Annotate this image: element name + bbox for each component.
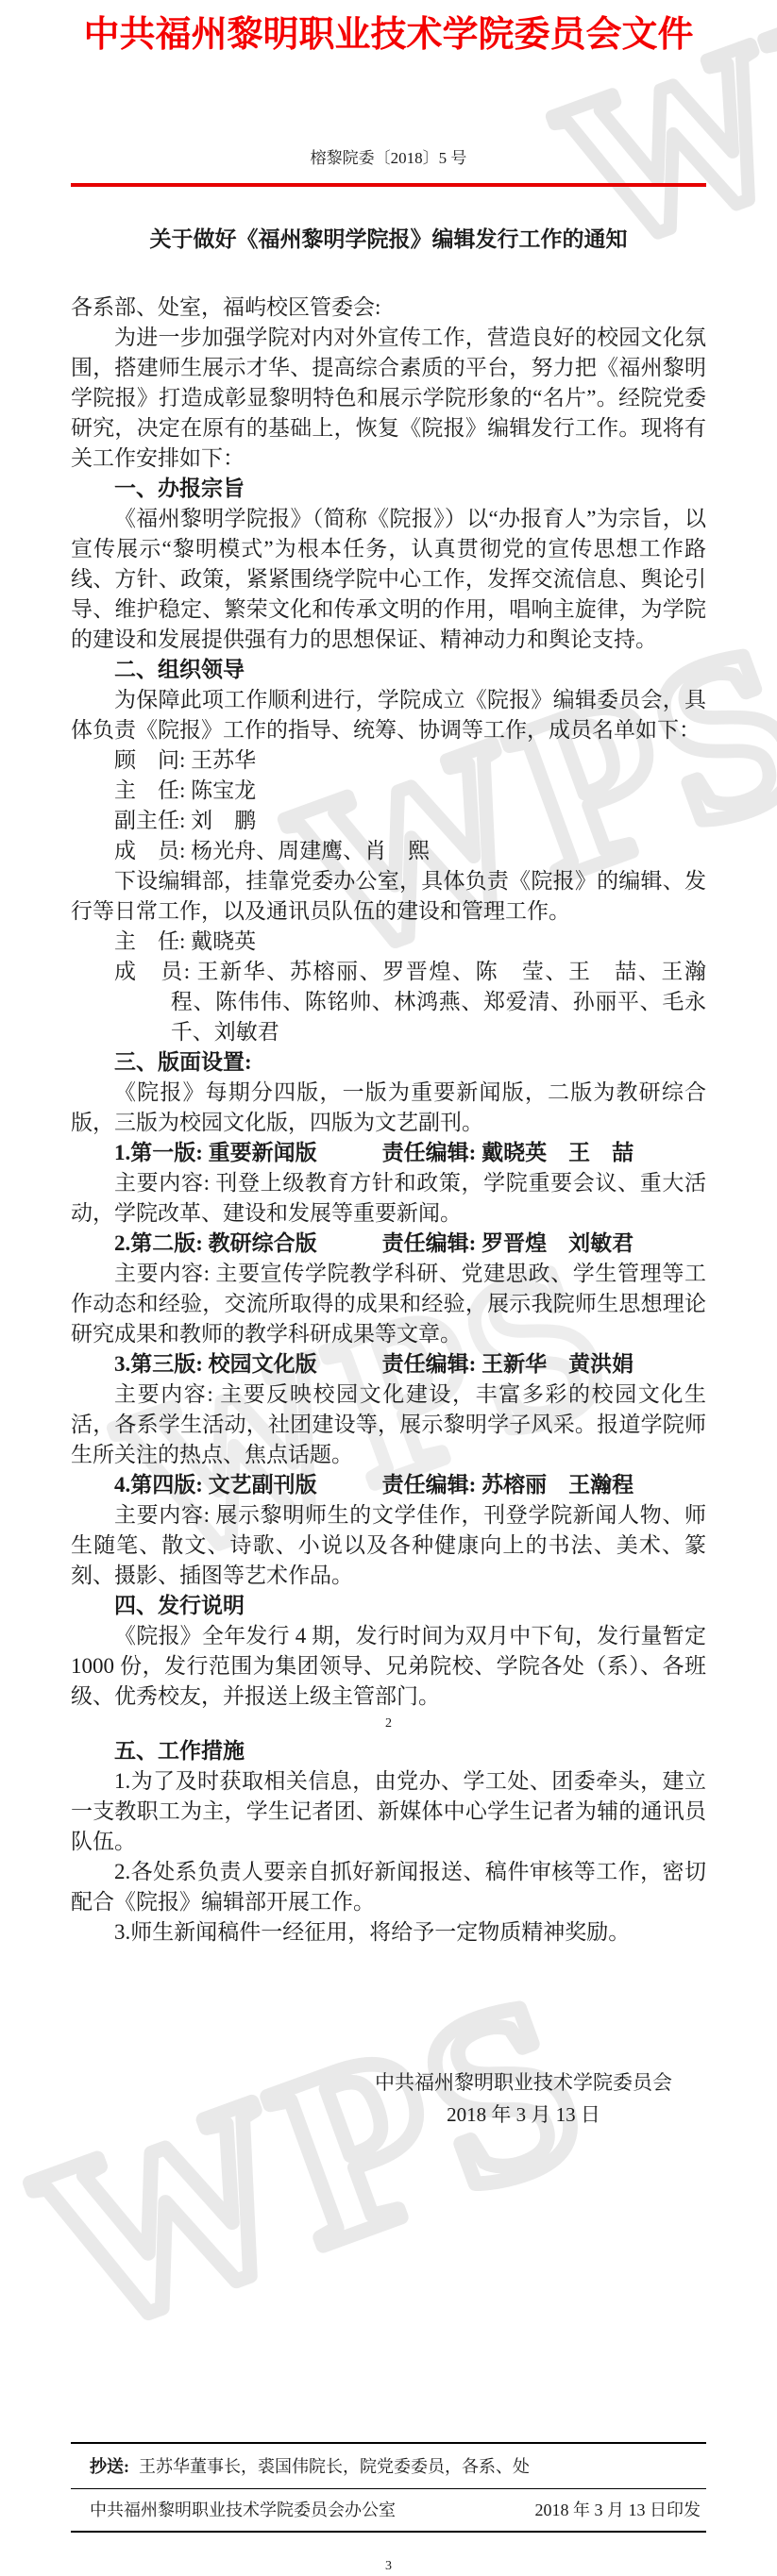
edition-3-content: 主要内容: 主要反映校园文化建设，丰富多彩的校园文化生活，各系学生活动，社团建设… bbox=[71, 1380, 706, 1470]
edition-2-line: 2.第二版: 教研综合版 责任编辑: 罗晋煌 刘敏君 bbox=[71, 1229, 706, 1259]
issuing-office: 中共福州黎明职业技术学院委员会办公室 bbox=[90, 2498, 396, 2522]
edition-1-content: 主要内容: 刊登上级教育方针和政策，学院重要会议、重大活动，学院改革、建设和发展… bbox=[71, 1168, 706, 1229]
editorial-dept-paragraph: 下设编辑部，挂靠党委办公室，具体负责《院报》的编辑、发行等日常工作，以及通讯员队… bbox=[71, 866, 706, 927]
edition-4-content: 主要内容: 展示黎明师生的文学佳作，刊登学院新闻人物、师生随笔、散文、诗歌、小说… bbox=[71, 1500, 706, 1591]
organization-paragraph: 为保障此项工作顺利进行，学院成立《院报》编辑委员会，具体负责《院报》工作的指导、… bbox=[71, 685, 706, 745]
document-body: 各系部、处室，福屿校区管委会: 为进一步加强学院对内对外宣传工作，营造良好的校园… bbox=[71, 293, 706, 1948]
page-number-3: 3 bbox=[71, 2557, 706, 2576]
purpose-paragraph: 《福州黎明学院报》（简称《院报》）以“办报育人”为宗旨，以宣传展示“黎明模式”为… bbox=[71, 504, 706, 655]
signature-org: 中共福州黎明职业技术学院委员会 bbox=[375, 2066, 672, 2099]
document-content: 中共福州黎明职业技术学院委员会文件 榕黎院委〔2018〕5 号 关于做好《福州黎… bbox=[0, 0, 777, 2576]
intro-paragraph: 为进一步加强学院对内对外宣传工作，营造良好的校园文化氛围，搭建师生展示才华、提高… bbox=[71, 323, 706, 474]
role-editorial-director: 主 任: 戴晓英 bbox=[71, 927, 706, 957]
role-director: 主 任: 陈宝龙 bbox=[71, 776, 706, 806]
section-heading-2: 二、组织领导 bbox=[71, 655, 706, 685]
role-committee-members: 成 员: 杨光舟、周建鹰、肖 熙 bbox=[71, 836, 706, 866]
cc-row: 抄送: 王苏华董事长，裘国伟院长，院党委委员，各系、处 bbox=[71, 2444, 706, 2489]
edition-2-content: 主要内容: 主要宣传学院教学科研、党建思政、学生管理等工作动态和经验，交流所取得… bbox=[71, 1259, 706, 1349]
issue-row: 中共福州黎明职业技术学院委员会办公室 2018 年 3 月 13 日印发 bbox=[71, 2489, 706, 2531]
page-number-2: 2 bbox=[71, 1712, 706, 1736]
doc-number: 榕黎院委〔2018〕5 号 bbox=[71, 147, 706, 170]
cc-label: 抄送: bbox=[90, 2454, 129, 2479]
layout-intro-paragraph: 《院报》每期分四版，一版为重要新闻版，二版为教研综合版，三版为校园文化版，四版为… bbox=[71, 1078, 706, 1138]
measure-2-paragraph: 2.各处系负责人要亲自抓好新闻报送、稿件审核等工作，密切配合《院报》编辑部开展工… bbox=[71, 1857, 706, 1917]
edition-4-line: 4.第四版: 文艺副刊版 责任编辑: 苏榕丽 王瀚程 bbox=[71, 1470, 706, 1500]
measure-3-paragraph: 3.师生新闻稿件一经征用，将给予一定物质精神奖励。 bbox=[71, 1917, 706, 1948]
edition-3-line: 3.第三版: 校园文化版 责任编辑: 王新华 黄洪娟 bbox=[71, 1349, 706, 1380]
red-header-title: 中共福州黎明职业技术学院委员会文件 bbox=[71, 0, 706, 59]
footer-block: 抄送: 王苏华董事长，裘国伟院长，院党委委员，各系、处 中共福州黎明职业技术学院… bbox=[71, 2442, 706, 2533]
role-deputy-director: 副主任: 刘 鹏 bbox=[71, 806, 706, 836]
role-editorial-members: 成 员: 王新华、苏榕丽、罗晋煌、陈 莹、王 喆、王瀚程、陈伟伟、陈铭帅、林鸿燕… bbox=[71, 957, 706, 1047]
signature-block: 中共福州黎明职业技术学院委员会 2018 年 3 月 13 日 bbox=[71, 2066, 706, 2131]
cc-recipients: 王苏华董事长，裘国伟院长，院党委委员，各系、处 bbox=[139, 2454, 530, 2479]
signature-date: 2018 年 3 月 13 日 bbox=[375, 2099, 672, 2131]
issue-date: 2018 年 3 月 13 日印发 bbox=[535, 2498, 701, 2522]
document-page: WPS WPS WPS WPS 中共福州黎明职业技术学院委员会文件 榕黎院委〔2… bbox=[0, 0, 777, 2576]
role-advisor: 顾 问: 王苏华 bbox=[71, 745, 706, 776]
document-title: 关于做好《福州黎明学院报》编辑发行工作的通知 bbox=[71, 225, 706, 255]
section-heading-4: 四、发行说明 bbox=[71, 1591, 706, 1621]
distribution-paragraph: 《院报》全年发行 4 期，发行时间为双月中下旬，发行量暂定 1000 份，发行范… bbox=[71, 1621, 706, 1712]
edition-1-line: 1.第一版: 重要新闻版 责任编辑: 戴晓英 王 喆 bbox=[71, 1138, 706, 1168]
red-separator-line bbox=[71, 183, 706, 187]
section-heading-3: 三、版面设置: bbox=[71, 1047, 706, 1078]
section-heading-1: 一、办报宗旨 bbox=[71, 474, 706, 504]
signature-inner: 中共福州黎明职业技术学院委员会 2018 年 3 月 13 日 bbox=[375, 2066, 672, 2131]
salutation: 各系部、处室，福屿校区管委会: bbox=[71, 293, 706, 323]
measure-1-paragraph: 1.为了及时获取相关信息，由党办、学工处、团委牵头，建立一支教职工为主，学生记者… bbox=[71, 1766, 706, 1857]
section-heading-5: 五、工作措施 bbox=[71, 1736, 706, 1766]
